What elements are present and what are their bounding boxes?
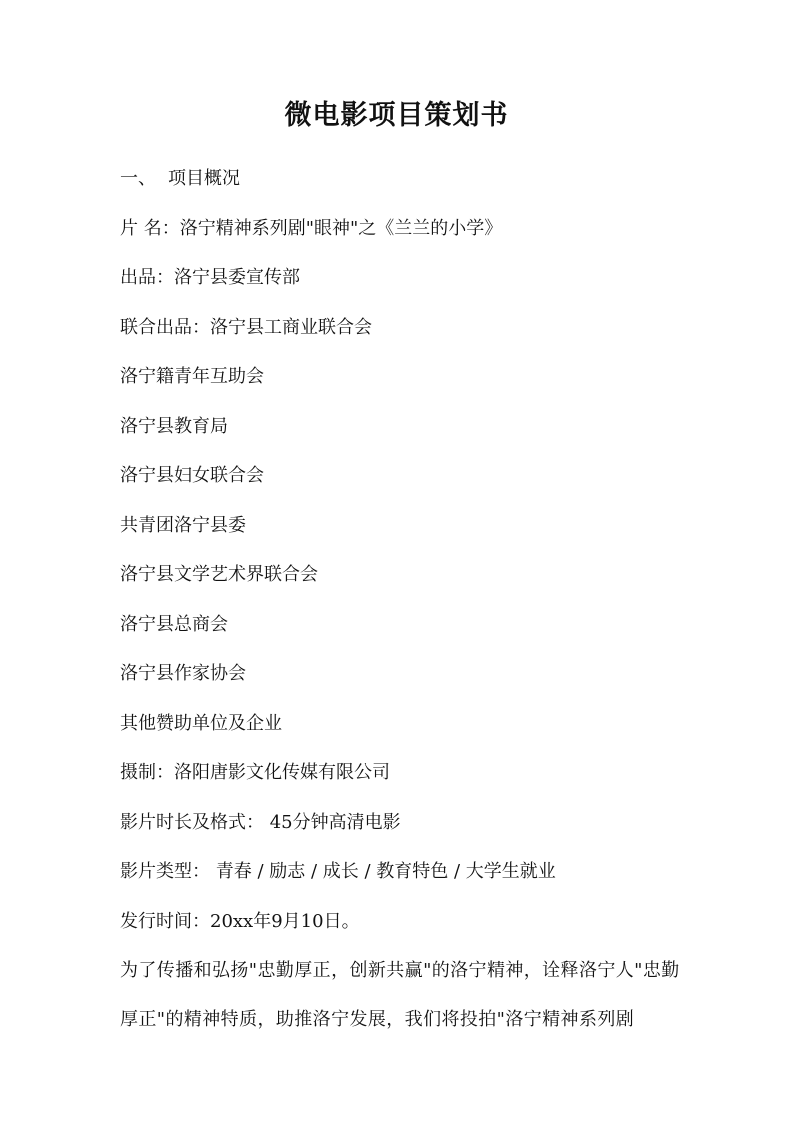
section-number: 一、 [120,166,168,192]
section-title: 项目概况 [168,168,240,189]
section-heading: 一、项目概况 [120,166,240,192]
duration-format-line: 影片时长及格式： 45分钟高清电影 [120,810,401,836]
co-producer-item: 其他赞助单位及企业 [120,711,282,737]
co-producer-item: 共青团洛宁县委 [120,513,246,539]
co-producer-item: 洛宁县妇女联合会 [120,463,264,489]
film-title-line: 片 名：洛宁精神系列剧"眼神"之《兰兰的小学》 [120,216,502,242]
intro-paragraph: 为了传播和弘扬"忠勤厚正，创新共赢"的洛宁精神，诠释洛宁人"忠勤厚正"的精神特质… [120,946,690,1044]
release-date-line: 发行时间：20xx年9月10日。 [120,909,360,935]
co-producer-item: 洛宁县作家协会 [120,661,246,687]
genre-line: 影片类型： 青春 / 励志 / 成长 / 教育特色 / 大学生就业 [120,859,556,885]
document-page: 微电影项目策划书 一、项目概况 片 名：洛宁精神系列剧"眼神"之《兰兰的小学》 … [0,0,793,1122]
co-producer-item: 洛宁籍青年互助会 [120,364,264,390]
document-title: 微电影项目策划书 [0,96,793,136]
co-producer-item: 洛宁县文学艺术界联合会 [120,562,318,588]
producer-line: 出品：洛宁县委宣传部 [120,265,300,291]
production-company-line: 摄制：洛阳唐影文化传媒有限公司 [120,760,390,786]
co-producer-line: 联合出品：洛宁县工商业联合会 [120,315,372,341]
co-producer-item: 洛宁县总商会 [120,612,228,638]
co-producer-item: 洛宁县教育局 [120,414,228,440]
